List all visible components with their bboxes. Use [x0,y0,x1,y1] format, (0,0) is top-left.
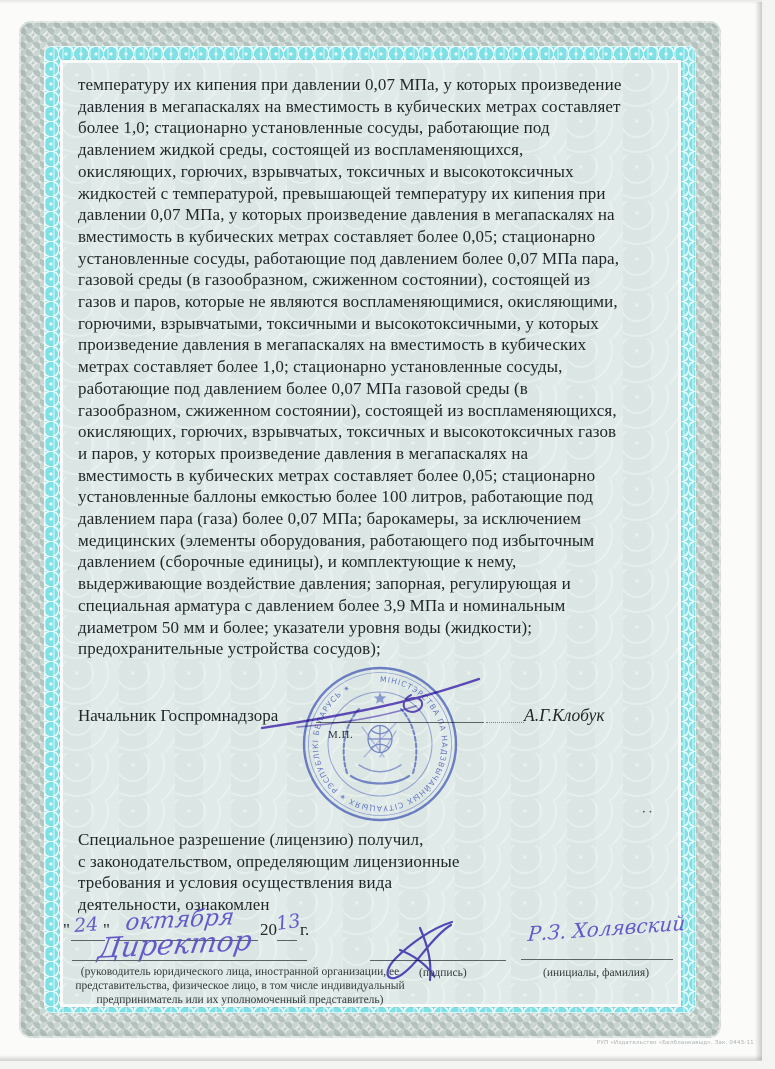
text-line: требования и условия осуществления вида [78,872,558,894]
text-line: установленные баллоны емкостью более 100… [78,486,692,508]
page-bottom-edge-shadow [0,1055,762,1061]
license-scope-paragraph: температуру их кипения при давлении 0,07… [78,74,692,660]
date-suffix: г. [300,920,309,940]
text-line: газов и паров, которые не являются воспл… [78,291,692,313]
text-line: метрах составляет более 1,0; стационарно… [78,356,692,378]
scanner-background-right [762,0,775,1069]
text-line: предохранительные устройства сосудов); [78,638,692,660]
signature-caption: (подпись) [419,967,467,981]
text-line: специальная арматура с давлением более 3… [78,595,692,617]
text-line: более 1,0; стационарно установленные сос… [78,117,692,139]
text-line: установленные сосуды, работающие под дав… [78,248,692,270]
text-line: предприниматель или их уполномоченный пр… [64,994,416,1008]
text-line: давлении 0,07 МПа, у которых произведени… [78,204,692,226]
text-line: представительства, физическое лицо, в то… [64,980,416,994]
date-open-quote: " [63,920,70,940]
date-day-handwritten: 24 [73,913,99,937]
date-century: 20 [260,920,277,940]
printer-mark: РУП «Издательство «Белбланкавыд». Зак. 0… [597,1040,754,1046]
text-line: газообразном, сжиженном состоянии), сост… [78,400,692,422]
text-line: окисляющих, горючих, взрывчатых, токсичн… [78,421,692,443]
page-top-edge [0,0,775,4]
scanner-background-bottom [0,1061,775,1069]
text-line: (руководитель юридического лица, иностра… [64,966,416,980]
text-line: давлением (сборочные единицы), и комплек… [78,551,692,573]
scanned-license-page: температуру их кипения при давлении 0,07… [0,0,775,1069]
text-line: жидкостей с температурой, превышающей те… [78,183,692,205]
text-line: горючими, взрывчатыми, токсичными и высо… [78,313,692,335]
text-line: вместимость в кубических метрах составля… [78,226,692,248]
date-year-line [277,940,297,941]
text-line: давления в мегапаскалях на вместимость в… [78,96,692,118]
text-line: газовой среды (в газообразном, сжиженном… [78,269,692,291]
text-line: температуру их кипения при давлении 0,07… [78,74,692,96]
text-line: произведение давления в мегапаскалях на … [78,334,692,356]
official-name: А.Г.Клобук [524,705,605,726]
signatory-caption: (руководитель юридического лица, иностра… [64,966,416,1007]
text-line: и паров, у которых произведение давления… [78,443,692,465]
scan-speckle: ·· [642,806,655,818]
text-line: медицинских (элементы оборудования, рабо… [78,530,692,552]
text-line: выдерживающие воздействие давления; запо… [78,573,692,595]
official-title: Начальник Госпромнадзора [78,706,278,726]
page-right-edge-shadow [755,2,762,1060]
text-line: диаметром 50 мм и более; указатели уровн… [78,617,692,639]
text-line: давлением жидкой среды, состоящей из вос… [78,139,692,161]
text-line: Специальное разрешение (лицензию) получи… [78,829,558,851]
chief-signature [253,669,488,733]
signatory-line [72,960,307,961]
text-line: работающие под давлением более 0,07 МПа … [78,378,692,400]
text-line: вместимость в кубических метрах составля… [78,465,692,487]
signature-line-official-dotted [486,722,524,723]
initials-caption: (инициалы, фамилия) [543,967,649,981]
name-line [521,959,673,960]
acknowledgement-paragraph: Специальное разрешение (лицензию) получи… [78,829,558,915]
text-line: окисляющих, горючих, взрывчатых, токсичн… [78,161,692,183]
text-line: давлением пара (газа) более 0,07 МПа; ба… [78,508,692,530]
text-line: с законодательством, определяющим лиценз… [78,851,558,873]
date-year-handwritten: 13 [275,910,302,935]
